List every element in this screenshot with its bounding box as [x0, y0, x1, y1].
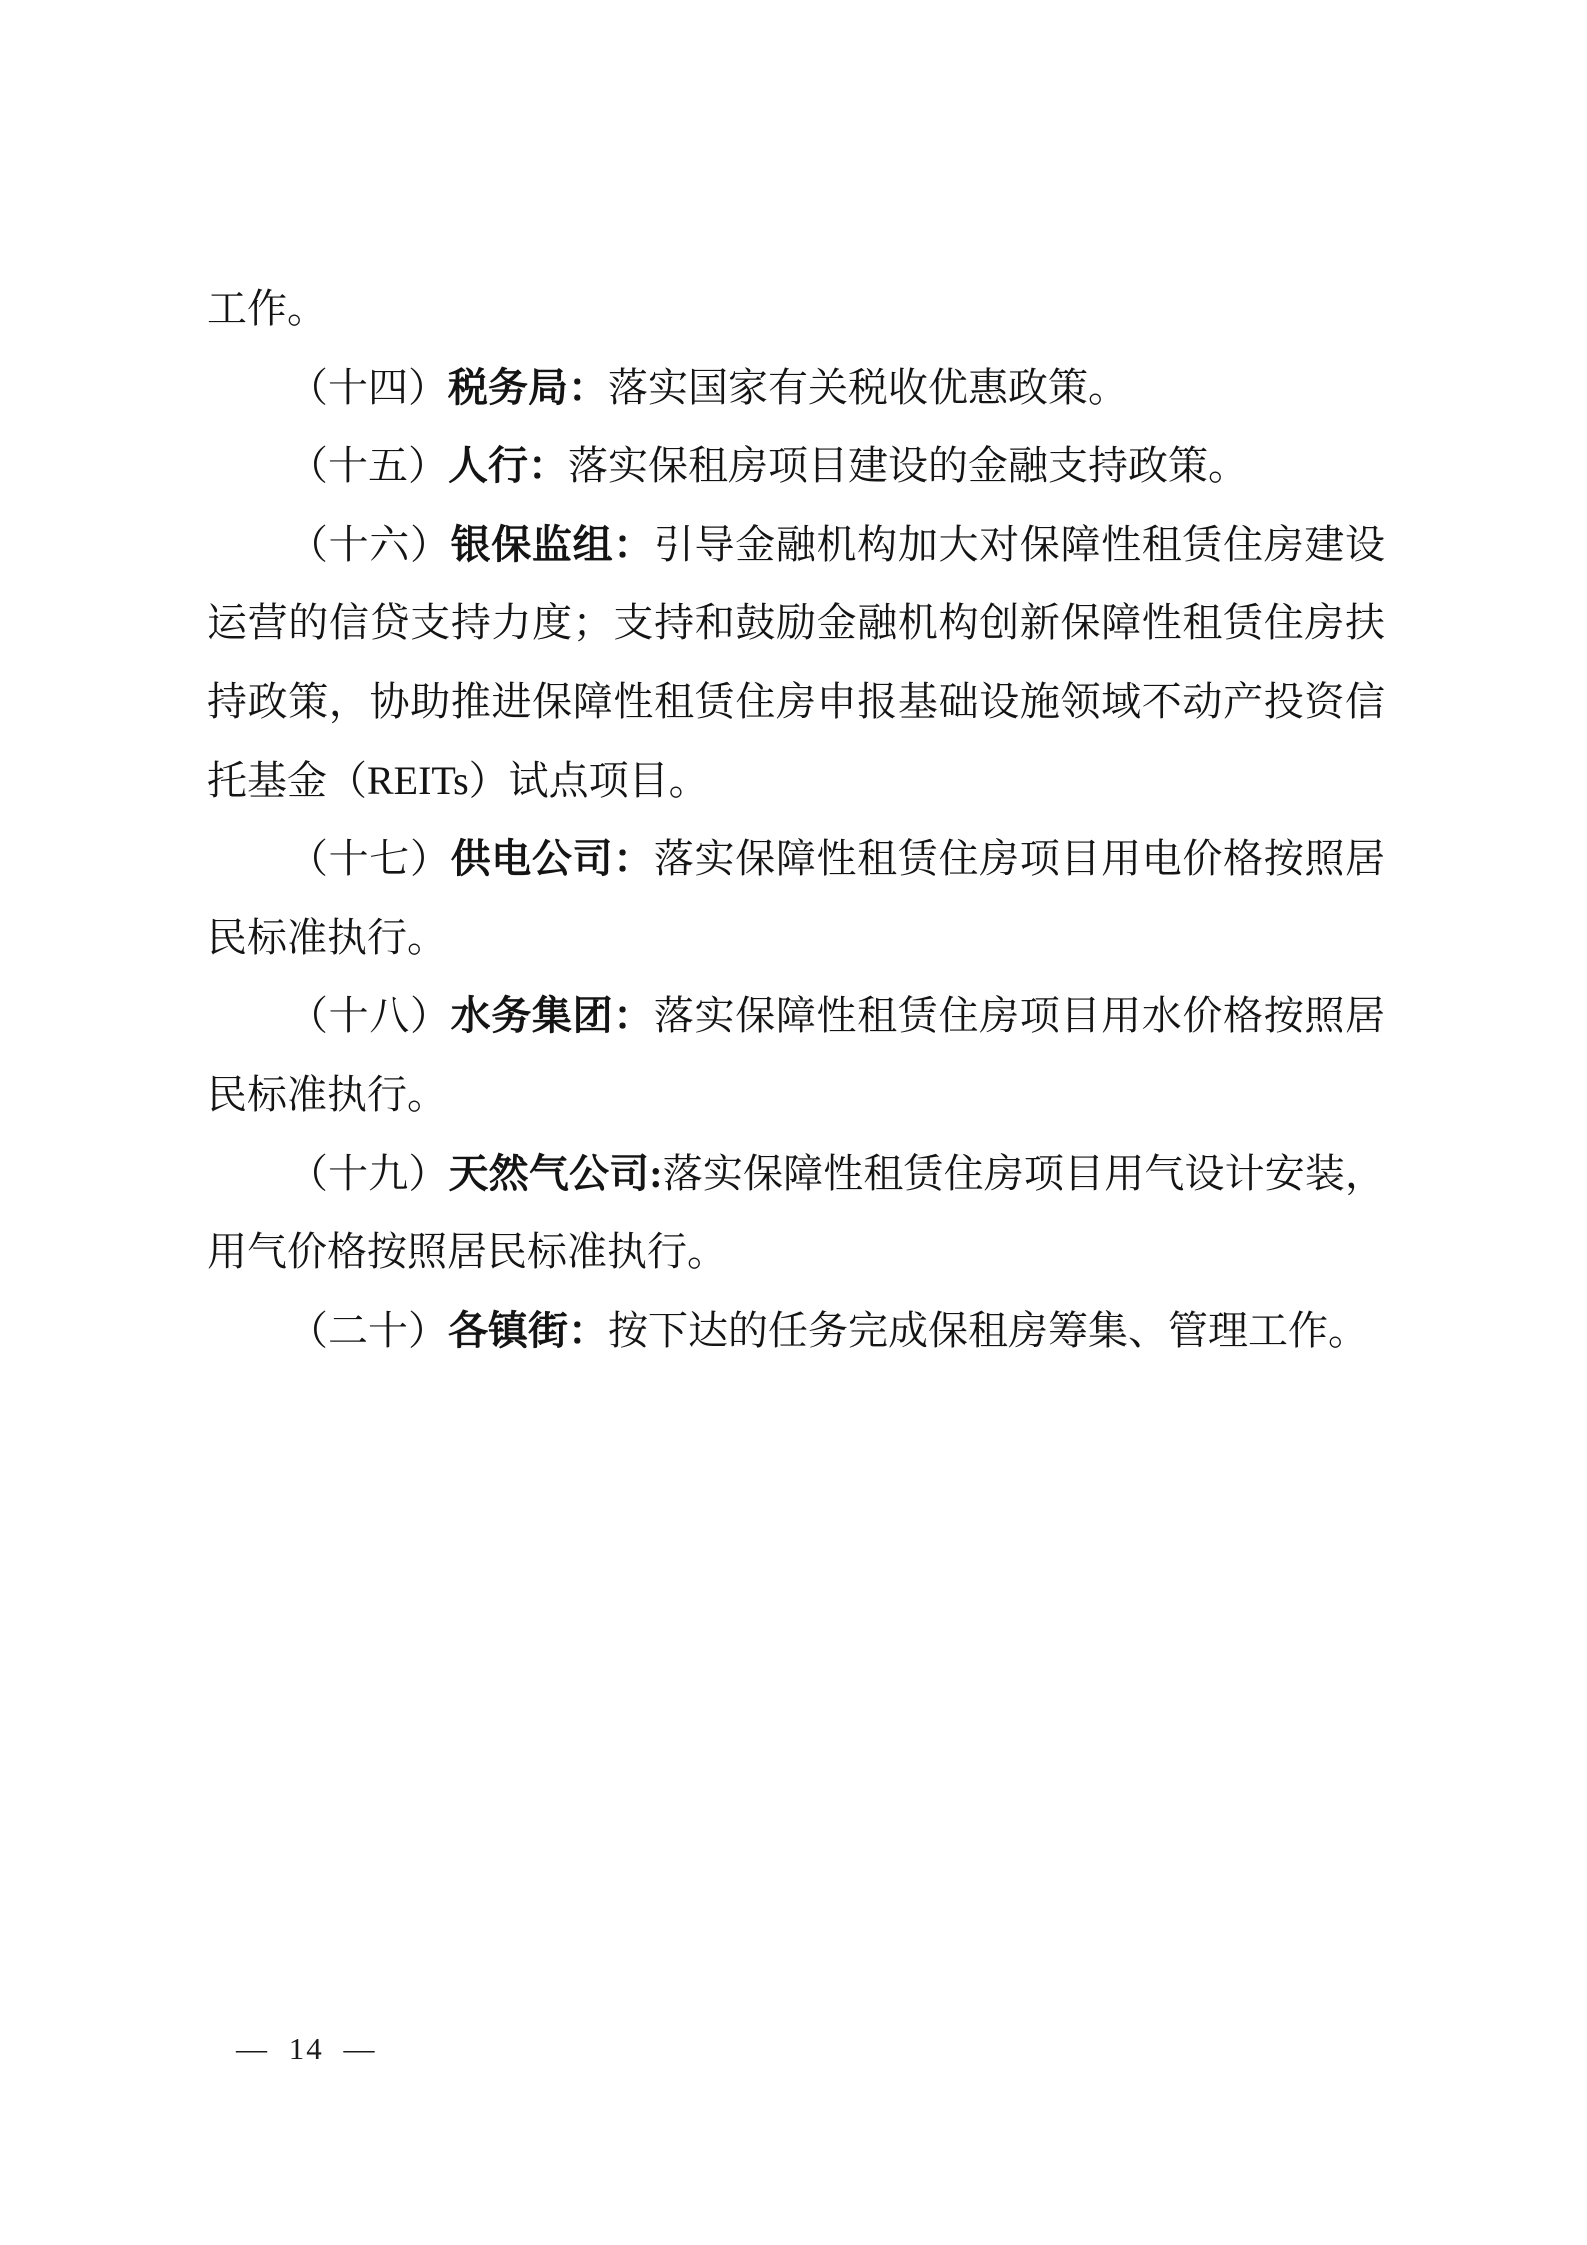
line-text: 落实保租房项目建设的金融支持政策。	[568, 443, 1248, 488]
text-line: 民标准执行。	[207, 1056, 1385, 1135]
department-name: 银保监组：	[451, 522, 654, 567]
list-item: （十五）人行：落实保租房项目建设的金融支持政策。	[207, 427, 1385, 506]
line-text: 持政策，协助推进保障性租赁住房申报基础设施领域不动产投资信	[207, 679, 1385, 724]
department-name: 天然气公司:	[449, 1151, 663, 1196]
item-number: （十六）	[288, 522, 451, 567]
department-name: 供电公司：	[451, 836, 654, 881]
line-text: 民标准执行。	[207, 1072, 447, 1117]
line-text: 用气价格按照居民标准执行。	[207, 1229, 727, 1274]
text-line: 民标准执行。	[207, 899, 1385, 978]
line-text: 托基金（REITs）试点项目。	[207, 758, 709, 803]
line-text: 按下达的任务完成保租房筹集、管理工作。	[608, 1308, 1368, 1353]
list-item: （二十）各镇街：按下达的任务完成保租房筹集、管理工作。	[207, 1292, 1385, 1371]
list-item: （十八）水务集团：落实保障性租赁住房项目用水价格按照居	[207, 977, 1385, 1056]
item-number: （十九）	[288, 1151, 449, 1196]
department-name: 水务集团：	[451, 993, 654, 1038]
page-footer: — 14 —	[236, 2026, 377, 2072]
line-text: 工作。	[207, 286, 327, 331]
list-item: （十六）银保监组：引导金融机构加大对保障性租赁住房建设	[207, 506, 1385, 585]
department-name: 人行：	[448, 443, 568, 488]
text-line: 托基金（REITs）试点项目。	[207, 742, 1385, 821]
item-number: （十四）	[288, 365, 448, 410]
line-text: 落实保障性租赁住房项目用水价格按照居	[654, 993, 1385, 1038]
line-text: 运营的信贷支持力度；支持和鼓励金融机构创新保障性租赁住房扶	[207, 600, 1385, 645]
page-number: — 14 —	[236, 2031, 377, 2066]
document-body: 工作。 （十四）税务局：落实国家有关税收优惠政策。 （十五）人行：落实保租房项目…	[207, 270, 1385, 1370]
line-text: 引导金融机构加大对保障性租赁住房建设	[654, 522, 1385, 567]
line-text: 民标准执行。	[207, 915, 447, 960]
item-number: （十七）	[288, 836, 451, 881]
line-text: 落实保障性租赁住房项目用气设计安装，	[663, 1151, 1385, 1196]
item-number: （十五）	[288, 443, 448, 488]
line-text: 落实保障性租赁住房项目用电价格按照居	[654, 836, 1385, 881]
department-name: 税务局：	[448, 365, 608, 410]
item-number: （十八）	[288, 993, 451, 1038]
text-line: 运营的信贷支持力度；支持和鼓励金融机构创新保障性租赁住房扶	[207, 584, 1385, 663]
text-line: 工作。	[207, 270, 1385, 349]
text-line: 持政策，协助推进保障性租赁住房申报基础设施领域不动产投资信	[207, 663, 1385, 742]
department-name: 各镇街：	[448, 1308, 608, 1353]
item-number: （二十）	[288, 1308, 448, 1353]
text-line: 用气价格按照居民标准执行。	[207, 1213, 1385, 1292]
list-item: （十七）供电公司：落实保障性租赁住房项目用电价格按照居	[207, 820, 1385, 899]
list-item: （十九）天然气公司:落实保障性租赁住房项目用气设计安装，	[207, 1135, 1385, 1214]
list-item: （十四）税务局：落实国家有关税收优惠政策。	[207, 349, 1385, 428]
document-page: 工作。 （十四）税务局：落实国家有关税收优惠政策。 （十五）人行：落实保租房项目…	[0, 0, 1587, 2245]
line-text: 落实国家有关税收优惠政策。	[608, 365, 1128, 410]
